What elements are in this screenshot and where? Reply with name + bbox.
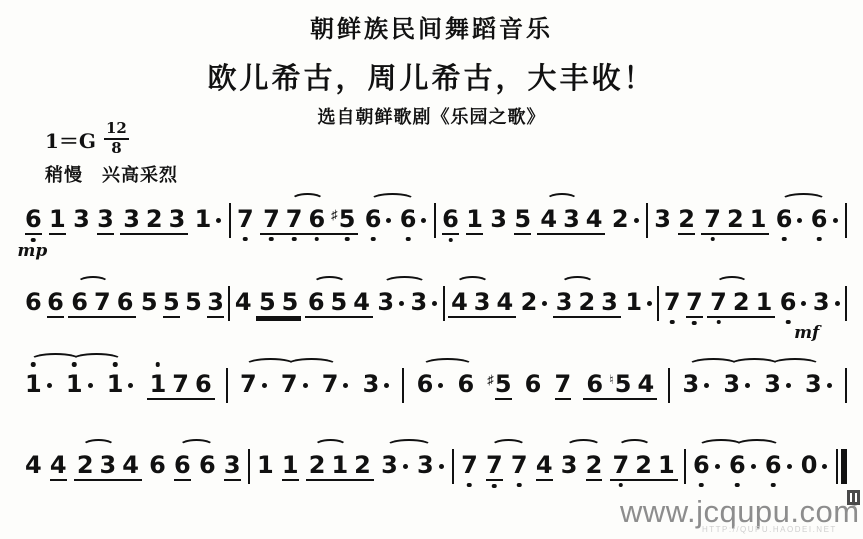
note: 3 (72, 206, 91, 232)
note-digit: 6 (525, 371, 542, 397)
note-digit: 1 (282, 452, 299, 481)
note: 4 (535, 452, 554, 481)
octave-dot-below (243, 237, 248, 242)
corner-logo: T (847, 490, 862, 516)
augmentation-dot (801, 301, 806, 306)
note-digit: 7 (461, 452, 478, 478)
note: 0 (800, 452, 830, 478)
augmentation-dot (216, 218, 221, 223)
note-digit: 3 (377, 289, 394, 315)
octave-dot-below (619, 483, 624, 488)
note-digit: 3 (123, 206, 140, 232)
note: 6 (173, 452, 192, 481)
note-digit: 7 (704, 206, 721, 232)
note-digit: 6 (765, 452, 782, 478)
augmentation-dot (262, 383, 267, 388)
augmentation-dot (634, 218, 639, 223)
note-digit: 6 (417, 371, 434, 397)
note: 5 (184, 289, 203, 315)
note-digit: 7 (511, 452, 528, 478)
beam-group: 234 (74, 452, 142, 481)
octave-dot-below (467, 483, 472, 488)
note-digit: 5 (163, 289, 180, 318)
note-digit: 3 (417, 452, 434, 478)
note: 4 (634, 371, 657, 397)
beam-group: 323 (553, 289, 621, 318)
augmentation-dot (47, 383, 52, 388)
note-digit: 6 (365, 206, 382, 232)
note-digit: 3 (207, 289, 224, 318)
note-digit: 4 (50, 452, 67, 481)
note: 6 (692, 452, 722, 478)
note-digit: 7 (281, 371, 298, 397)
note: 1 (281, 452, 300, 481)
note: 6 (728, 452, 758, 478)
note-digit: 5 (615, 371, 632, 397)
beam-group: 654 (305, 289, 373, 318)
note-digit: 4 (586, 206, 603, 232)
note-digit: 6 (25, 289, 42, 315)
note: 3 (763, 371, 793, 397)
octave-dot-below (817, 237, 822, 242)
note: 7 (321, 371, 351, 397)
slur-arc (77, 276, 110, 290)
note: 3 (489, 206, 508, 232)
note-digit: 1 (195, 206, 212, 232)
octave-dot-below (517, 483, 522, 488)
augmentation-dot (128, 383, 133, 388)
note-digit: 1 (25, 371, 42, 397)
note-digit: 1 (331, 452, 348, 478)
note: 7 (260, 206, 283, 232)
note: 6 (305, 206, 328, 232)
note-digit: 1 (466, 206, 483, 235)
note: 6 (441, 206, 460, 235)
octave-dot-below (771, 483, 776, 488)
note: 7 (280, 371, 310, 397)
note: 5 (513, 206, 532, 235)
slur-arc (286, 358, 337, 372)
note-digit: 2 (678, 206, 695, 235)
augmentation-dot (399, 301, 404, 306)
slur-arc (82, 439, 115, 453)
note: 3 (416, 452, 446, 478)
note-digit: 4 (451, 289, 468, 315)
note: 7 (236, 206, 255, 232)
note: ♮5 (606, 371, 634, 397)
note-digit: 3 (381, 452, 398, 478)
note-digit: 3 (764, 371, 781, 397)
note-digit: 6 (442, 206, 459, 235)
note-digit: 7 (710, 289, 727, 315)
note: 1 (256, 452, 275, 478)
octave-dot-below (345, 237, 350, 242)
barline (226, 368, 228, 403)
note: 2 (143, 206, 166, 232)
note-digit: 3 (411, 289, 428, 315)
note: 3 (410, 289, 440, 315)
note-digit: 3 (363, 371, 380, 397)
note-digit: 6 (117, 289, 134, 315)
octave-dot-below (371, 237, 376, 242)
note: 3 (560, 452, 579, 478)
note-digit: 3 (73, 206, 90, 232)
note: 3 (166, 206, 189, 232)
sharp-accidental: ♯ (331, 207, 338, 222)
note: 6 (775, 206, 805, 232)
note-digit: 2 (635, 452, 652, 478)
note-digit: 6 (47, 289, 64, 318)
note: 4 (583, 206, 606, 232)
barline (443, 286, 445, 321)
note-digit: 6 (729, 452, 746, 478)
note: 4 (448, 289, 471, 315)
octave-dot-below (492, 484, 497, 489)
augmentation-dot (822, 464, 827, 469)
slur-arc (422, 358, 473, 372)
beam-group: 212 (306, 452, 374, 481)
note: 5 (140, 289, 159, 315)
octave-dot-below (692, 321, 697, 326)
beam-group: 6♮54 (583, 371, 657, 400)
note: 7 (707, 289, 730, 315)
octave-dot-below (448, 238, 453, 243)
note: 3 (96, 206, 115, 235)
augmentation-dot (432, 301, 437, 306)
note-digit: 7 (664, 289, 681, 315)
note-digit: 2 (733, 289, 750, 315)
octave-dot-below (315, 237, 320, 242)
note: 1 (328, 452, 351, 478)
note-digit: 7 (94, 289, 111, 315)
slur-arc (491, 439, 526, 453)
note-digit: 6 (199, 452, 216, 478)
octave-dot-below (735, 483, 740, 488)
note: 4 (493, 289, 516, 315)
note: 4 (49, 452, 68, 481)
natural-accidental: ♮ (609, 372, 614, 387)
score-line-2: 66676555345565433434232317772163 (24, 289, 847, 325)
note-digit: 7 (240, 371, 257, 397)
note: 6 (416, 371, 446, 397)
note-digit: 4 (25, 452, 42, 478)
note-digit: 3 (556, 289, 573, 315)
slur-arc (313, 276, 346, 290)
note-digit: 7 (686, 289, 703, 318)
octave-dot-below (670, 320, 675, 325)
note-digit: 4 (122, 452, 139, 478)
augmentation-dot (343, 383, 348, 388)
note: 2 (351, 452, 374, 478)
note-digit: 6 (195, 371, 212, 397)
beam-group: 434 (537, 206, 605, 235)
barline (228, 286, 230, 321)
augmentation-dot (827, 383, 832, 388)
dynamic-marking: mf (794, 323, 819, 343)
octave-dot-below (716, 320, 721, 325)
augmentation-dot (833, 218, 838, 223)
note-digit: 3 (682, 371, 699, 397)
slur-arc (291, 193, 324, 207)
augmentation-dot (542, 301, 547, 306)
note: 3 (722, 371, 752, 397)
note-digit: 1 (49, 206, 66, 235)
corner-logo-icon (847, 490, 860, 505)
note: 4 (24, 452, 43, 478)
watermark-url: HTTP://QUPU.HAODEI.NET (702, 525, 837, 534)
note-digit: 5 (514, 206, 531, 235)
augmentation-dot (421, 218, 426, 223)
note: 6 (364, 206, 394, 232)
note-digit: 3 (474, 289, 491, 315)
note-digit: 4 (637, 371, 654, 397)
note: 7 (283, 206, 306, 232)
note-digit: 2 (146, 206, 163, 232)
note-digit: 5 (339, 206, 356, 232)
note-digit: 7 (322, 371, 339, 397)
note-digit: 3 (723, 371, 740, 397)
note: 3 (471, 289, 494, 315)
augmentation-dot (438, 383, 443, 388)
note: 2 (520, 289, 550, 315)
note: 1 (147, 371, 170, 397)
note-digit: 1 (756, 289, 773, 315)
note: 2 (730, 289, 753, 315)
slur-arc (716, 276, 749, 290)
augmentation-dot (787, 464, 792, 469)
note-digit: 1 (107, 371, 124, 397)
augmentation-dot (797, 218, 802, 223)
note: 5 (256, 289, 279, 315)
note: 3 (598, 289, 621, 315)
augmentation-dot (386, 218, 391, 223)
note-digit: 6 (780, 289, 797, 315)
watermark-site: www.jcqupu.com (620, 496, 860, 527)
score-line-4: 44234666311212337774327216660 (24, 452, 847, 488)
beam-group: 55 (256, 289, 301, 318)
octave-dot-below (786, 320, 791, 325)
note: 6 (524, 371, 543, 397)
note: 2 (611, 206, 641, 232)
note: 6 (583, 371, 606, 397)
note: 6 (114, 289, 137, 315)
note-digit: 6 (308, 289, 325, 315)
slur-arc (71, 353, 122, 367)
slur-arc (179, 439, 214, 453)
note: 6 (305, 289, 328, 315)
note: 3 (380, 452, 410, 478)
note-digit: 2 (586, 452, 603, 481)
dynamic-marking: mp (17, 241, 47, 261)
barline (845, 368, 847, 403)
note: 1 (655, 452, 678, 478)
note: 6 (192, 371, 215, 397)
slur-arc (383, 276, 426, 290)
note-digit: 7 (237, 206, 254, 232)
note-digit: 7 (263, 206, 280, 232)
notation-area: 613332317776♯566613543423272166mp6667655… (24, 0, 847, 539)
note: 6 (198, 452, 217, 478)
note: 1 (106, 371, 136, 397)
note: 3 (120, 206, 143, 232)
note-digit: 7 (172, 371, 189, 397)
note-digit: 4 (235, 289, 252, 315)
note-digit: 2 (578, 289, 595, 315)
note: 3 (362, 371, 392, 397)
note-digit: 5 (141, 289, 158, 315)
note: 1 (753, 289, 776, 315)
note: 2 (575, 289, 598, 315)
augmentation-dot (835, 301, 840, 306)
barline (402, 368, 404, 403)
beam-group: 776♯5 (260, 206, 358, 235)
beam-group: 676 (68, 289, 136, 318)
note: 3 (97, 452, 120, 478)
note: 6 (456, 371, 475, 397)
note-digit: 3 (224, 452, 241, 481)
sharp-accidental: ♯ (487, 372, 494, 387)
note-digit: 7 (613, 452, 630, 478)
note: 3 (553, 289, 576, 315)
note-digit: 5 (185, 289, 202, 315)
note: 3 (653, 206, 672, 232)
slur-arc (781, 193, 826, 207)
slur-arc (386, 439, 432, 453)
beam-group: 721 (707, 289, 775, 318)
note: 2 (585, 452, 604, 481)
note-digit: 3 (805, 371, 822, 397)
note: 7 (485, 452, 504, 481)
note-digit: 1 (658, 452, 675, 478)
note: 2 (306, 452, 329, 478)
note: 6 (810, 206, 840, 232)
slur-arc (770, 358, 821, 372)
note: 6 (779, 289, 809, 315)
barline (668, 368, 670, 403)
note-digit: 7 (486, 452, 503, 481)
note: 7 (663, 289, 682, 315)
slur-arc (618, 439, 651, 453)
note-digit: 2 (77, 452, 94, 478)
note-digit: 6 (586, 371, 603, 397)
note-digit: 1 (750, 206, 767, 232)
note: 7 (460, 452, 479, 478)
barline (845, 203, 847, 238)
augmentation-dot (745, 383, 750, 388)
note: 6 (399, 206, 429, 232)
note: 1 (465, 206, 484, 235)
beam-group: 434 (448, 289, 516, 318)
note-digit: 6 (25, 206, 42, 235)
note: 4 (234, 289, 253, 315)
note-digit: 3 (169, 206, 186, 232)
octave-dot-below (292, 237, 297, 242)
note-digit: 0 (801, 452, 818, 478)
beam-group: 176 (147, 371, 215, 400)
note-digit: 5 (495, 371, 512, 400)
beam-group: 323 (120, 206, 188, 235)
note-digit: 5 (331, 289, 348, 315)
octave-dot-below (710, 237, 715, 242)
note-digit: 2 (612, 206, 629, 232)
beam-group: 721 (701, 206, 769, 235)
octave-dot-below (782, 237, 787, 242)
note: 1 (624, 289, 654, 315)
note: 6 (46, 289, 65, 318)
augmentation-dot (715, 464, 720, 469)
slur-arc (314, 439, 347, 453)
note: 5 (328, 289, 351, 315)
note: ♯5 (486, 371, 512, 400)
octave-dot-below (406, 237, 411, 242)
note-digit: 1 (257, 452, 274, 478)
note-digit: 4 (540, 206, 557, 232)
note: 1 (65, 371, 95, 397)
note: 3 (223, 452, 242, 481)
augmentation-dot (647, 301, 652, 306)
augmentation-dot (303, 383, 308, 388)
augmentation-dot (704, 383, 709, 388)
slur-arc (546, 193, 579, 207)
augmentation-dot (384, 383, 389, 388)
note-digit: 2 (727, 206, 744, 232)
note-digit: 7 (286, 206, 303, 232)
note-digit: 6 (308, 206, 325, 232)
note: 3 (376, 289, 406, 315)
note-digit: 5 (259, 289, 276, 315)
note: 3 (812, 289, 842, 315)
note: 2 (724, 206, 747, 232)
barline (845, 286, 847, 321)
barline (434, 203, 436, 238)
note-digit: 1 (625, 289, 642, 315)
barline (248, 449, 250, 484)
note-digit: 3 (654, 206, 671, 232)
note: 7 (610, 452, 633, 478)
augmentation-dot (439, 464, 444, 469)
note: 7 (169, 371, 192, 397)
note: 2 (632, 452, 655, 478)
note: 5 (162, 289, 181, 318)
augmentation-dot (88, 383, 93, 388)
slur-arc (456, 276, 489, 290)
note: 6 (68, 289, 91, 315)
note-digit: 4 (353, 289, 370, 315)
note: 6 (764, 452, 794, 478)
barline (646, 203, 648, 238)
barline (684, 449, 686, 484)
note-digit: 6 (400, 206, 417, 232)
score-line-3: 111176777366♯5676♮543333 (24, 371, 847, 407)
octave-dot-below (269, 237, 274, 242)
note: 5 (279, 289, 302, 315)
note-digit: 2 (521, 289, 538, 315)
note-digit: 1 (150, 371, 167, 397)
note: 7 (701, 206, 724, 232)
barline (452, 449, 454, 484)
note-digit: 6 (174, 452, 191, 481)
note-digit: 6 (149, 452, 166, 478)
note: 7 (239, 371, 269, 397)
slur-arc (566, 439, 601, 453)
octave-dot-above (156, 362, 161, 367)
note: 4 (537, 206, 560, 232)
note: 7 (91, 289, 114, 315)
note-digit: 2 (354, 452, 371, 478)
note: 7 (554, 371, 573, 400)
barline (229, 203, 231, 238)
augmentation-dot (786, 383, 791, 388)
